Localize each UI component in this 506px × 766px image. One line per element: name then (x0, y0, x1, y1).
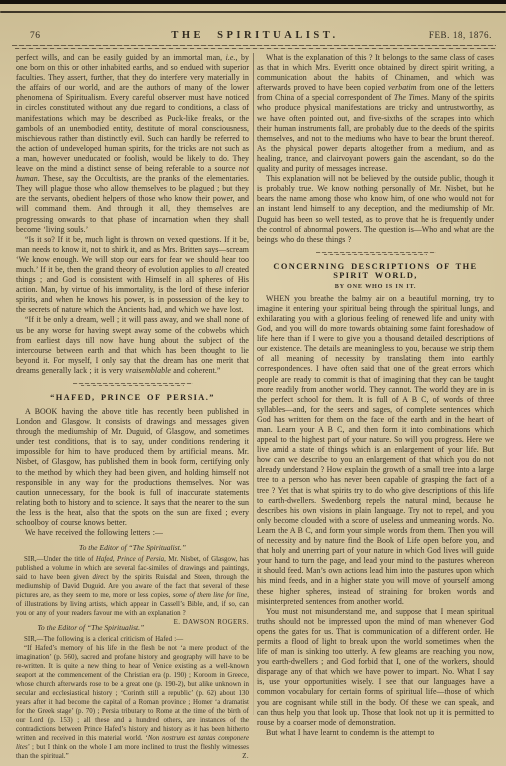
section-divider (73, 382, 193, 387)
continuation-paragraph: perfect wills, and can be easily guided … (16, 53, 249, 235)
column-container: perfect wills, and can be easily guided … (16, 53, 494, 761)
letter-2-intro: SIR,—The following is a clerical critici… (16, 635, 249, 644)
spirit-world-paragraph-1: WHEN you breathe the balmy air on a beau… (257, 294, 494, 607)
page-header: 76 THE SPIRITUALIST. FEB. 18, 1876. (18, 30, 492, 41)
letter-1-body: SIR,—Under the title of Hafed, Prince of… (16, 555, 249, 618)
spirit-world-paragraph-2: You must not misunderstand me, and suppo… (257, 607, 494, 728)
letter-2-body: “If Hafed’s memory of his life in the fl… (16, 644, 249, 761)
page-top-edge-line (0, 11, 506, 13)
hafed-article-heading: “HAFED, PRINCE OF PERSIA.” (16, 393, 249, 402)
issue-date: FEB. 18, 1876. (429, 30, 492, 40)
letter-1-signature: E. DAWSON ROGERS. (166, 618, 249, 627)
masthead-title: THE SPIRITUALIST. (171, 30, 338, 41)
spirit-world-heading: CONCERNING DESCRIPTIONS OF THE SPIRIT WO… (257, 262, 494, 280)
letter-1-text: SIR,—Under the title of Hafed, Prince of… (16, 556, 249, 617)
paragraph-public: This explanation will not be believed by… (257, 174, 494, 245)
letter-1-salutation: To the Editor of “The Spiritualist.” (16, 543, 249, 552)
right-column: What is the explanation of this ? It bel… (257, 53, 494, 761)
letter-2-signature: Z. (234, 752, 249, 761)
left-column: perfect wills, and can be easily guided … (16, 53, 249, 761)
paragraph-explanation: What is the explanation of this ? It bel… (257, 53, 494, 174)
paragraph-is-it-so: “Is it so? If it be, much light is throw… (16, 235, 249, 316)
page-number: 76 (18, 31, 41, 41)
spirit-world-paragraph-3: But what I have learnt to condemn is the… (257, 728, 494, 738)
letters-received-line: We have received the following letters :… (16, 528, 249, 538)
section-divider (316, 251, 436, 256)
header-rule (12, 45, 496, 49)
column-rule (253, 53, 254, 715)
paragraph-dream: “If it be only a dream, well ; it will p… (16, 315, 249, 376)
spirit-world-byline: BY ONE WHO IS IN IT. (257, 283, 494, 290)
scan-edge-top (0, 0, 506, 4)
hafed-paragraph: A BOOK having the above title has recent… (16, 407, 249, 528)
newspaper-page: 76 THE SPIRITUALIST. FEB. 18, 1876. perf… (0, 0, 506, 766)
letter-2-text: “If Hafed’s memory of his life in the fl… (16, 645, 249, 760)
